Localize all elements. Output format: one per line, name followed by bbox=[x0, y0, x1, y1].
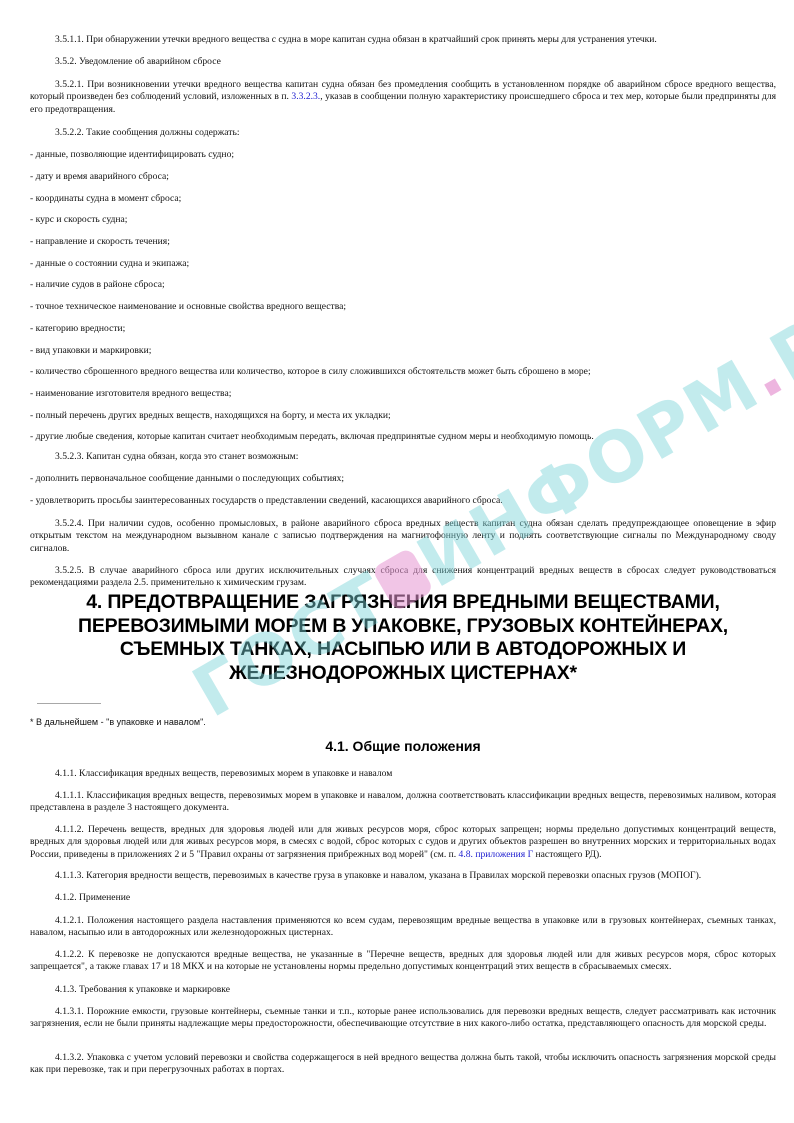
link-appendix-g[interactable]: приложения Г bbox=[475, 849, 533, 860]
footnote: * В дальнейшем - "в упаковке и навалом". bbox=[30, 716, 206, 728]
paragraph-4-1-3: 4.1.3. Требования к упаковке и маркировк… bbox=[30, 984, 776, 996]
title-line: ЖЕЛЕЗНОДОРОЖНЫХ ЦИСТЕРНАХ* bbox=[30, 662, 776, 686]
list-item: - дополнить первоначальное сообщение дан… bbox=[30, 473, 776, 485]
list-item: - курс и скорость судна; bbox=[30, 214, 776, 226]
paragraph-text: 4.1.1.2. Перечень веществ, вредных для з… bbox=[30, 824, 776, 860]
list-item: - направление и скорость течения; bbox=[30, 236, 776, 248]
title-line: СЪЕМНЫХ ТАНКАХ, НАСЫПЬЮ ИЛИ В АВТОДОРОЖН… bbox=[30, 638, 776, 662]
paragraph-3-5-2: 3.5.2. Уведомление об аварийном сбросе bbox=[30, 56, 776, 68]
list-item: - наименование изготовителя вредного вещ… bbox=[30, 388, 776, 400]
list-item: - данные, позволяющие идентифицировать с… bbox=[30, 149, 776, 161]
paragraph-4-1-1-3: 4.1.1.3. Категория вредности веществ, пе… bbox=[30, 870, 776, 882]
paragraph-4-1-3-2: 4.1.3.2. Упаковка с учетом условий перев… bbox=[30, 1052, 776, 1077]
list-item: - данные о состоянии судна и экипажа; bbox=[30, 258, 776, 270]
footnote-separator bbox=[37, 703, 101, 704]
paragraph-3-5-2-3: 3.5.2.3. Капитан судна обязан, когда это… bbox=[30, 451, 776, 463]
paragraph-4-1-1: 4.1.1. Классификация вредных веществ, пе… bbox=[30, 768, 776, 780]
paragraph-3-5-1-1: 3.5.1.1. При обнаружении утечки вредного… bbox=[30, 34, 776, 46]
paragraph-4-1-3-1: 4.1.3.1. Порожние емкости, грузовые конт… bbox=[30, 1006, 776, 1031]
watermark-text: РУ bbox=[757, 274, 794, 400]
paragraph-3-5-2-5: 3.5.2.5. В случае аварийного сброса или … bbox=[30, 565, 776, 590]
list-item: - полный перечень других вредных веществ… bbox=[30, 410, 776, 422]
paragraph-4-1-2-2: 4.1.2.2. К перевозке не допускаются вред… bbox=[30, 949, 776, 974]
paragraph-4-1-2-1: 4.1.2.1. Положения настоящего раздела на… bbox=[30, 915, 776, 940]
link-4-8[interactable]: 4.8. bbox=[459, 849, 473, 860]
paragraph-text: настоящего РД). bbox=[533, 849, 601, 860]
title-line: 4. ПРЕДОТВРАЩЕНИЕ ЗАГРЯЗНЕНИЯ ВРЕДНЫМИ В… bbox=[30, 591, 776, 615]
section-4-1-title: 4.1. Общие положения bbox=[30, 738, 776, 754]
list-item: - количество сброшенного вредного вещест… bbox=[30, 366, 776, 378]
list-item: - удовлетворить просьбы заинтересованных… bbox=[30, 495, 776, 507]
list-item: - наличие судов в районе сброса; bbox=[30, 279, 776, 291]
list-item: - координаты судна в момент сброса; bbox=[30, 193, 776, 205]
paragraph-4-1-1-2: 4.1.1.2. Перечень веществ, вредных для з… bbox=[30, 824, 776, 861]
list-item: - вид упаковки и маркировки; bbox=[30, 345, 776, 357]
list-item: - другие любые сведения, которые капитан… bbox=[30, 431, 776, 443]
paragraph-3-5-2-2: 3.5.2.2. Такие сообщения должны содержат… bbox=[30, 127, 776, 139]
paragraph-4-1-2: 4.1.2. Применение bbox=[30, 892, 776, 904]
list-item: - дату и время аварийного сброса; bbox=[30, 171, 776, 183]
section-4-title: 4. ПРЕДОТВРАЩЕНИЕ ЗАГРЯЗНЕНИЯ ВРЕДНЫМИ В… bbox=[30, 591, 776, 685]
title-line: ПЕРЕВОЗИМЫМИ МОРЕМ В УПАКОВКЕ, ГРУЗОВЫХ … bbox=[30, 615, 776, 639]
paragraph-3-5-2-1: 3.5.2.1. При возникновении утечки вредно… bbox=[30, 79, 776, 116]
list-item: - точное техническое наименование и осно… bbox=[30, 301, 776, 313]
paragraph-3-5-2-4: 3.5.2.4. При наличии судов, особенно про… bbox=[30, 518, 776, 555]
list-item: - категорию вредности; bbox=[30, 323, 776, 335]
link-3-3-2-3[interactable]: 3.3.2.3. bbox=[291, 91, 320, 102]
paragraph-4-1-1-1: 4.1.1.1. Классификация вредных веществ, … bbox=[30, 790, 776, 815]
